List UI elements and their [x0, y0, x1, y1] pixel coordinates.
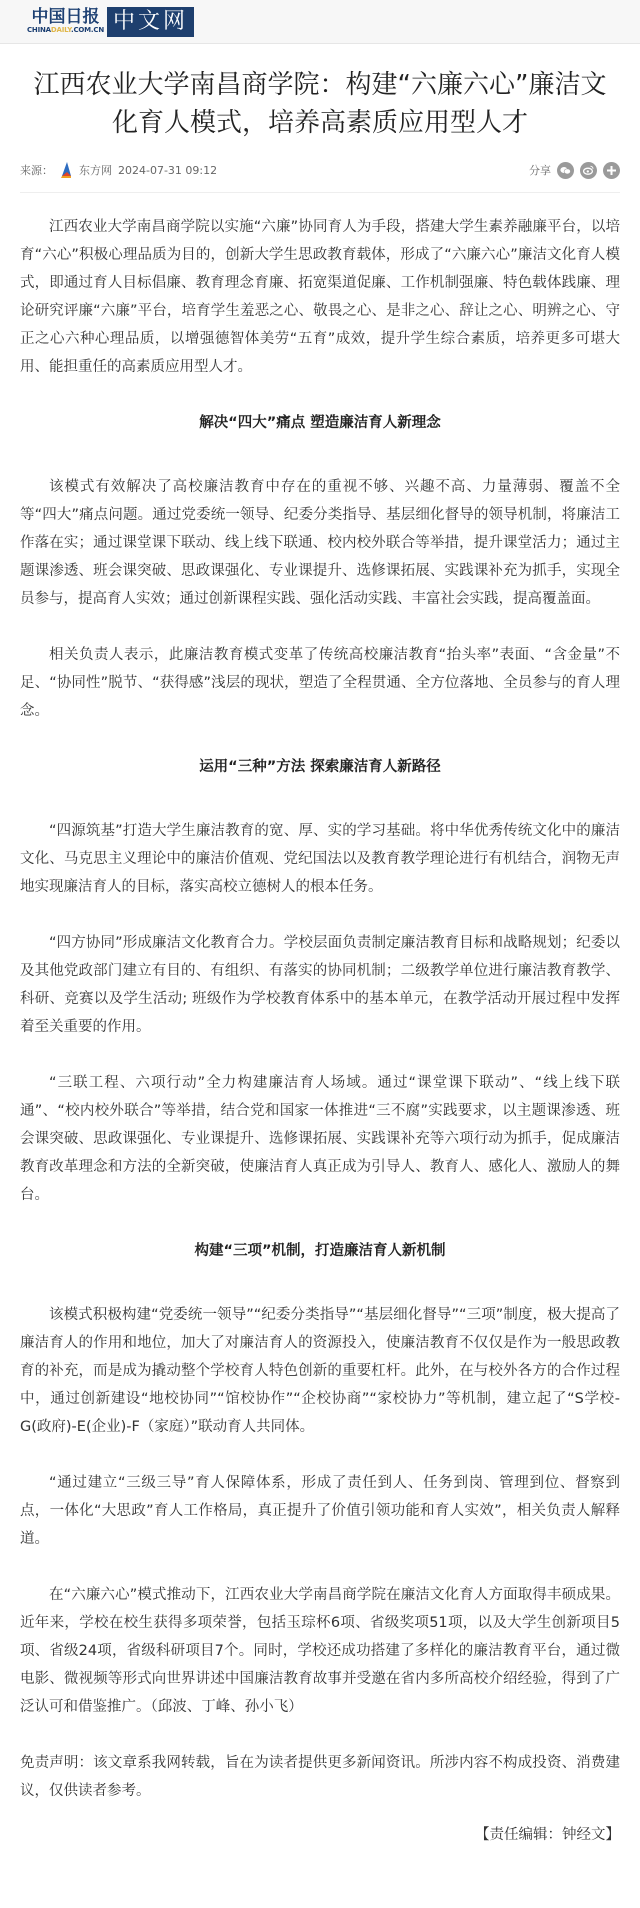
- article-body: 江西农业大学南昌商学院以实施“六廉”协同育人为手段，搭建大学生素养融廉平台，以培…: [20, 213, 620, 1849]
- source-label: 来源：: [20, 162, 53, 178]
- paragraph: 该模式有效解决了高校廉洁教育中存在的重视不够、兴趣不高、力量薄弱、覆盖不全等“四…: [20, 473, 620, 613]
- paragraph: “四方协同”形成廉洁文化教育合力。学校层面负责制定廉洁教育目标和战略规划；纪委以…: [20, 929, 620, 1041]
- section-heading: 运用“三种”方法 探索廉洁育人新路径: [20, 753, 620, 781]
- site-logo[interactable]: 中国日报 CHINADAILY.COM.CN 中文网: [27, 5, 194, 39]
- paragraph: “通过建立“三级三导”育人保障体系，形成了责任到人、任务到岗、管理到位、督察到点…: [20, 1469, 620, 1553]
- plus-icon: [607, 166, 616, 175]
- meta-divider: [20, 192, 620, 193]
- publish-datetime: 2024-07-31 09:12: [118, 164, 217, 177]
- share-weibo-button[interactable]: [580, 162, 597, 179]
- section-heading: 解决“四大”痛点 塑造廉洁育人新理念: [20, 409, 620, 437]
- paragraph: 在“六廉六心”模式推动下，江西农业大学南昌商学院在廉洁文化育人方面取得丰硕成果。…: [20, 1581, 620, 1721]
- share-wechat-button[interactable]: [557, 162, 574, 179]
- paragraph: 相关负责人表示，此廉洁教育模式变革了传统高校廉洁教育“抬头率”表面、“含金量”不…: [20, 641, 620, 725]
- article-container: 江西农业大学南昌商学院：构建“六廉六心”廉洁文化育人模式，培养高素质应用型人才 …: [0, 66, 640, 1849]
- disclaimer: 免责声明：该文章系我网转载，旨在为读者提供更多新闻资讯。所涉内容不构成投资、消费…: [20, 1749, 620, 1805]
- logo-chinese-text: 中国日报: [31, 8, 99, 26]
- paragraph: 江西农业大学南昌商学院以实施“六廉”协同育人为手段，搭建大学生素养融廉平台，以培…: [20, 213, 620, 381]
- weibo-icon: [583, 165, 594, 175]
- chinadaily-logo: 中国日报 CHINADAILY.COM.CN: [27, 8, 104, 35]
- share-more-button[interactable]: [603, 162, 620, 179]
- wechat-icon: [560, 166, 571, 175]
- site-header: 中国日报 CHINADAILY.COM.CN 中文网: [0, 0, 640, 44]
- paragraph: “四源筑基”打造大学生廉洁教育的宽、厚、实的学习基础。将中华优秀传统文化中的廉洁…: [20, 817, 620, 901]
- share-label: 分享: [529, 162, 551, 178]
- section-heading: 构建“三项”机制，打造廉洁育人新机制: [20, 1237, 620, 1265]
- responsible-editor: 【责任编辑：钟经文】: [20, 1821, 620, 1849]
- dongfang-logo-icon: [59, 162, 73, 178]
- paragraph: “三联工程、六项行动”全力构建廉洁育人场域。通过“课堂课下联动”、“线上线下联通…: [20, 1069, 620, 1209]
- logo-channel-box: 中文网: [107, 7, 194, 37]
- article-meta: 来源： 东方网 2024-07-31 09:12 分享: [20, 156, 620, 184]
- logo-english-text: CHINADAILY.COM.CN: [27, 26, 104, 35]
- article-title: 江西农业大学南昌商学院：构建“六廉六心”廉洁文化育人模式，培养高素质应用型人才: [20, 66, 620, 142]
- source-name[interactable]: 东方网: [79, 162, 112, 178]
- paragraph: 该模式积极构建“党委统一领导”“纪委分类指导”“基层细化督导”“三项”制度，极大…: [20, 1301, 620, 1441]
